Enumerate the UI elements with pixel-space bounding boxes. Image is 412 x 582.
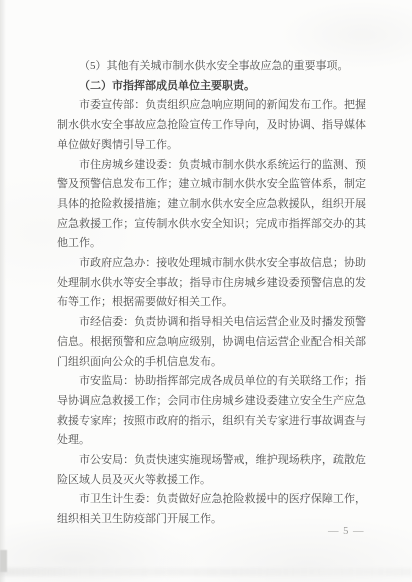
document-body: （5）其他有关城市制水供水安全事故应急的重要事项。（二）市指挥部成员单位主要职责… <box>57 57 366 530</box>
scan-shadow-left <box>0 0 6 582</box>
paragraph: 市委宣传部：负责组织应急响应期间的新闻发布工作。把握制水供水安全事故应急抢险宣传… <box>57 96 366 155</box>
scan-mark-bottom-left <box>0 550 7 572</box>
paragraph: 市卫生计生委：负责做好应急抢险救援中的医疗保障工作，组织相关卫生防疫部门开展工作… <box>57 490 366 529</box>
paragraph: 市安监局：协助指挥部完成各成员单位的有关联络工作；指导协调应急救援工作；会同市住… <box>57 372 366 451</box>
paragraph: 市公安局：负责快速实施现场警戒，维护现场秩序，疏散危险区域人员及灭火等救援工作。 <box>57 451 366 490</box>
paragraph: （5）其他有关城市制水供水安全事故应急的重要事项。 <box>57 57 366 77</box>
scanned-document-page: （5）其他有关城市制水供水安全事故应急的重要事项。（二）市指挥部成员单位主要职责… <box>0 0 412 582</box>
page-number: — 5 — <box>328 526 372 537</box>
paragraph: 市经信委：负责协调和指导相关电信运营企业及时播发预警信息。根据预警和应急响应级别… <box>57 313 366 372</box>
paragraph: 市政府应急办：接收处理城市制水供水安全事故信息；协助处理制水供水等安全事故；指导… <box>57 254 366 313</box>
scan-shadow-bottom <box>0 568 412 576</box>
paragraph: 市住房城乡建设委：负责城市制水供水系统运行的监测、预警及预警信息发布工作；建立城… <box>57 156 366 255</box>
section-heading: （二）市指挥部成员单位主要职责。 <box>57 77 366 97</box>
